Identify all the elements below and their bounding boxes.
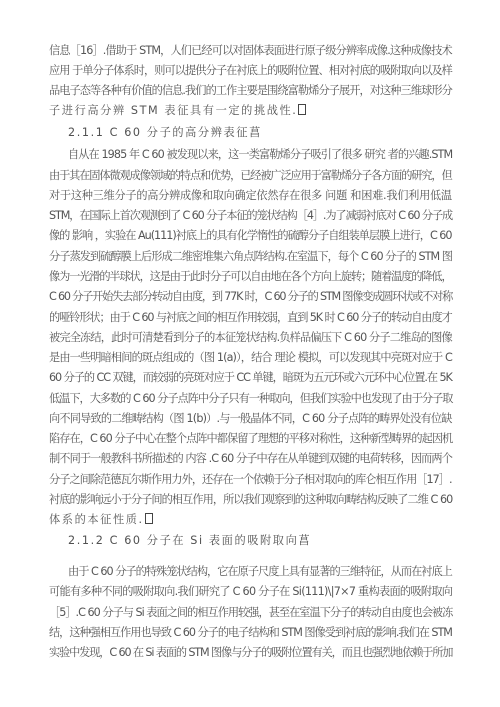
- paragraph-line: 低温下，大多数的 C 60 分子点阵中分子只有一种取向，但我们实验中也发现了由于…: [49, 392, 452, 406]
- line-text: 是由一些明暗相间的斑点组成的（图 1(a)），结合 理论 模拟，可以发现其中亮斑…: [49, 351, 452, 364]
- line-text: C 60 分子开始失去部分转动自由度，到 77K 时，C 60 分子的 STM …: [49, 290, 452, 303]
- document-page: 信息［16］.借助于 STM，人们已经可以对固体表面进行原子级分辨率成像.这种成…: [0, 0, 500, 707]
- line-text: 品电子态等各种有价值的信息.我们的工作主要是围绕富勒烯分子展开，对这种三维球形分: [49, 84, 452, 97]
- line-text: 可能有多种不同的吸附取向.我们研究了 C 60 分子在 Si(111)\|7×7…: [49, 585, 452, 598]
- line-text: 被完全冻结，此时可清楚看到分子的本征笼状结构.负样品偏压下 C 60 分子二维岛…: [49, 331, 452, 344]
- section-heading: 2.1.2 C 60 分子在 Si 表面的吸附取向菖: [68, 534, 311, 548]
- paragraph-line: 可能有多种不同的吸附取向.我们研究了 C 60 分子在 Si(111)\|7×7…: [49, 585, 452, 599]
- paragraph-line: 自从在 1985 年 C 60 被发现以来，这一类富勒烯分子吸引了很多 研究 者…: [68, 148, 452, 162]
- line-text: 的哑铃形状；由于 C 60 与衬底之间的相互作用较弱，直到 5K 时 C 60 …: [49, 311, 452, 324]
- line-text: 衬底的影响远小于分子间的相互作用，所以我们观察到的这种取向畴结构反映了二维 C …: [49, 493, 452, 506]
- line-text: 制不同于一般教科书所描述的 内容 .C 60 分子中存在从单键到双键的电荷转移，…: [49, 452, 452, 465]
- line-text: 结，这种强相互作用也导致 C 60 分子的电子结构和 STM 图像受到衬底的影响…: [49, 626, 452, 639]
- paragraph-line: 信息［16］.借助于 STM，人们已经可以对固体表面进行原子级分辨率成像.这种成…: [49, 44, 452, 58]
- paragraph-line: 结，这种强相互作用也导致 C 60 分子的电子结构和 STM 图像受到衬底的影响…: [49, 626, 452, 640]
- paragraph-line: 品电子态等各种有价值的信息.我们的工作主要是围绕富勒烯分子展开，对这种三维球形分: [49, 84, 452, 98]
- missing-glyph-icon: [145, 513, 153, 524]
- paragraph-line: 体系的本征性质.: [49, 513, 153, 527]
- line-text: 应用 于单分子体系时，则可以提供分子在衬底上的吸附位置、相对衬底的吸附取向以及样: [49, 64, 452, 77]
- paragraph-line: 子进行高分辨 STM 表征具有一定的挑战性.: [49, 104, 306, 118]
- paragraph-line: 实验中发现，C 60 在 Si 表面的 STM 图像与分子的吸附位置有关，而且也…: [49, 646, 452, 660]
- line-text: 信息［16］.借助于 STM，人们已经可以对固体表面进行原子级分辨率成像.这种成…: [49, 44, 452, 57]
- line-text: 陷存在，C 60 分子中心在整个点阵中都保留了理想的平移对称性，这种新型畴界的起…: [49, 432, 452, 445]
- paragraph-line: 被完全冻结，此时可清楚看到分子的本征笼状结构.负样品偏压下 C 60 分子二维岛…: [49, 331, 452, 345]
- line-text: ［5］.C 60 分子与 Si 表面之间的相互作用较强，甚至在室温下分子的转动自…: [49, 606, 452, 619]
- paragraph-line: 分子之间除范德瓦尔斯作用力外，还存在一个依赖于分子相对取向的库仑相互作用［17］…: [49, 473, 452, 487]
- paragraph-line: 由于其在固体微观成像领域的特点和优势，已经被广泛应用于富勒烯分子各方面的研究，但: [49, 169, 452, 183]
- line-text: 60 分子的 CC 双键，而较弱的亮斑对应于 CC 单键，暗斑为五元环或六元环中…: [49, 371, 452, 384]
- line-text: 分子之间除范德瓦尔斯作用力外，还存在一个依赖于分子相对取向的库仑相互作用［17］…: [49, 473, 452, 486]
- line-text: 对于这种三维分子的高分辨成像和取向确定依然存在很多 问题 和困难.我们利用低温: [49, 189, 452, 202]
- line-text: 由于其在固体微观成像领域的特点和优势，已经被广泛应用于富勒烯分子各方面的研究，但: [49, 169, 452, 182]
- line-text: 低温下，大多数的 C 60 分子点阵中分子只有一种取向，但我们实验中也发现了由于…: [49, 392, 452, 405]
- paragraph-line: 像的 影响 ，实验在 Au(111)衬底上的具有化学惰性的硫醇分子自组装单层膜上…: [49, 229, 452, 243]
- line-text: 2.1.2 C 60 分子在 Si 表面的吸附取向菖: [68, 534, 311, 547]
- line-text: 实验中发现，C 60 在 Si 表面的 STM 图像与分子的吸附位置有关，而且也…: [49, 646, 452, 659]
- paragraph-line: 衬底的影响远小于分子间的相互作用，所以我们观察到的这种取向畴结构反映了二维 C …: [49, 493, 452, 507]
- line-text: 体系的本征性质.: [49, 513, 144, 526]
- line-text: 子进行高分辨 STM 表征具有一定的挑战性.: [49, 104, 297, 117]
- line-text: STM，在国际上首次观测到了 C 60 分子本征的笼状结构［4］.为了减弱衬底对…: [49, 209, 452, 222]
- paragraph-line: 制不同于一般教科书所描述的 内容 .C 60 分子中存在从单键到双键的电荷转移，…: [49, 452, 452, 466]
- line-text: 像为一光滑的半球状，这是由于此时分子可以自由地在各个方向上旋转；随着温度的降低，: [49, 270, 452, 283]
- paragraph-line: 应用 于单分子体系时，则可以提供分子在衬底上的吸附位置、相对衬底的吸附取向以及样: [49, 64, 452, 78]
- paragraph-line: 是由一些明暗相间的斑点组成的（图 1(a)），结合 理论 模拟，可以发现其中亮斑…: [49, 351, 452, 365]
- paragraph-line: 由于 C 60 分子的特殊笼状结构，它在原子尺度上具有显著的三维特征，从而在衬底…: [68, 565, 452, 579]
- paragraph-line: ［5］.C 60 分子与 Si 表面之间的相互作用较强，甚至在室温下分子的转动自…: [49, 606, 452, 620]
- line-text: 自从在 1985 年 C 60 被发现以来，这一类富勒烯分子吸引了很多 研究 者…: [68, 148, 452, 161]
- line-text: 像的 影响 ，实验在 Au(111)衬底上的具有化学惰性的硫醇分子自组装单层膜上…: [49, 229, 452, 242]
- paragraph-line: 对于这种三维分子的高分辨成像和取向确定依然存在很多 问题 和困难.我们利用低温: [49, 189, 452, 203]
- line-text: 2.1.1 C 60 分子的高分辨表征菖: [68, 126, 262, 139]
- section-heading: 2.1.1 C 60 分子的高分辨表征菖: [68, 126, 262, 140]
- paragraph-line: 60 分子的 CC 双键，而较弱的亮斑对应于 CC 单键，暗斑为五元环或六元环中…: [49, 371, 452, 385]
- paragraph-line: C 60 分子开始失去部分转动自由度，到 77K 时，C 60 分子的 STM …: [49, 290, 452, 304]
- paragraph-line: 陷存在，C 60 分子中心在整个点阵中都保留了理想的平移对称性，这种新型畴界的起…: [49, 432, 452, 446]
- line-text: 分子蒸发到硫醇膜上后形成二维密堆集六角点阵结构.在室温下，每个 C 60 分子的…: [49, 250, 452, 263]
- line-text: 向不同导致的二维畴结构（图 1(b)）.与一般晶体不同，C 60 分子点阵的畴界…: [49, 412, 452, 425]
- paragraph-line: 向不同导致的二维畴结构（图 1(b)）.与一般晶体不同，C 60 分子点阵的畴界…: [49, 412, 452, 426]
- paragraph-line: 的哑铃形状；由于 C 60 与衬底之间的相互作用较弱，直到 5K 时 C 60 …: [49, 311, 452, 325]
- paragraph-line: STM，在国际上首次观测到了 C 60 分子本征的笼状结构［4］.为了减弱衬底对…: [49, 209, 452, 223]
- paragraph-line: 像为一光滑的半球状，这是由于此时分子可以自由地在各个方向上旋转；随着温度的降低，: [49, 270, 452, 284]
- paragraph-line: 分子蒸发到硫醇膜上后形成二维密堆集六角点阵结构.在室温下，每个 C 60 分子的…: [49, 250, 452, 264]
- missing-glyph-icon: [298, 104, 306, 115]
- line-text: 由于 C 60 分子的特殊笼状结构，它在原子尺度上具有显著的三维特征，从而在衬底…: [68, 565, 452, 578]
